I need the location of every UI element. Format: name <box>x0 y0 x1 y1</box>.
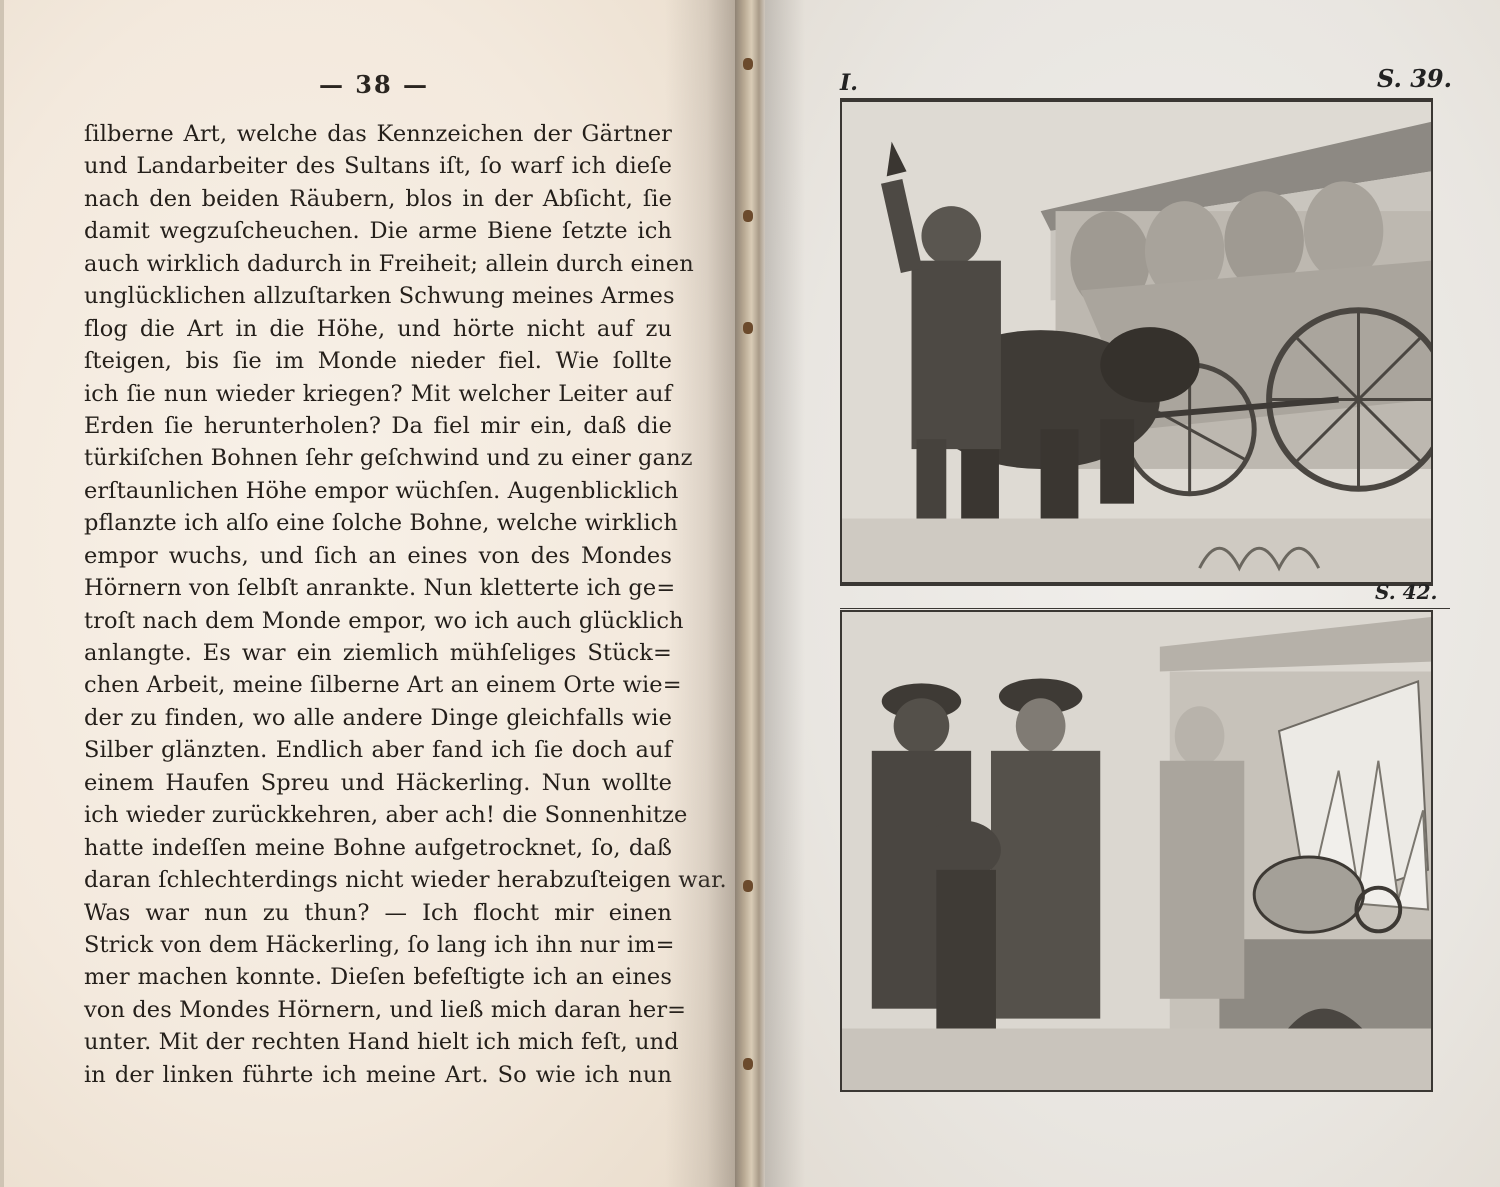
text-line: anlangte. Es war ein ziemlich mühſeliges… <box>84 637 672 669</box>
text-line: der zu finden, wo alle andere Dinge glei… <box>84 702 672 734</box>
text-line: Was war nun zu thun? — Ich flocht mir ei… <box>84 897 672 929</box>
text-line: erſtaunlichen Höhe empor wüchſen. Augenb… <box>84 475 672 507</box>
text-line: troſt nach dem Monde empor, wo ich auch … <box>84 605 672 637</box>
binding-stitch <box>743 880 753 892</box>
right-page: I. S. 39. <box>765 0 1500 1187</box>
body-text: ſilberne Art, welche das Kennzeichen der… <box>84 118 672 1091</box>
engraving-post-horn <box>842 612 1431 1090</box>
text-line: einem Haufen Spreu und Häckerling. Nun w… <box>84 767 672 799</box>
text-line: flog die Art in die Höhe, und hörte nich… <box>84 313 672 345</box>
text-line: und Landarbeiter des Sultans iſt, ſo war… <box>84 150 672 182</box>
text-line: in der linken führte ich meine Art. So w… <box>84 1059 672 1091</box>
text-line: von des Mondes Hörnern, und ließ mich da… <box>84 994 672 1026</box>
page-reference-annotation: S. 42. <box>1375 580 1437 604</box>
binding-stitch <box>743 210 753 222</box>
binding-stitch <box>743 1058 753 1070</box>
engraving-bear-cart <box>842 102 1431 582</box>
book-gutter <box>735 0 765 1187</box>
text-line: pflanzte ich alſo eine ſolche Bohne, wel… <box>84 507 672 539</box>
text-line: Silber glänzten. Endlich aber fand ich ſ… <box>84 734 672 766</box>
text-line: mer machen konnte. Dieſen befeſtigte ich… <box>84 961 672 993</box>
illustration-post-horn-hearth <box>840 610 1433 1092</box>
text-line: empor wuchs, und ſich an eines von des M… <box>84 540 672 572</box>
text-line: unglücklichen allzuſtarken Schwung meine… <box>84 280 672 312</box>
text-line: ſilberne Art, welche das Kennzeichen der… <box>84 118 672 150</box>
plate-rule <box>840 584 1433 586</box>
text-line: unter. Mit der rechten Hand hielt ich mi… <box>84 1026 672 1058</box>
text-line: ich wieder zurückkehren, aber ach! die S… <box>84 799 672 831</box>
text-line: chen Arbeit, meine ſilberne Art an einem… <box>84 669 672 701</box>
binding-stitch <box>743 322 753 334</box>
text-line: damit wegzuſcheuchen. Die arme Biene ſet… <box>84 215 672 247</box>
text-line: hatte indeſſen meine Bohne aufgetrocknet… <box>84 832 672 864</box>
left-page: — 38 — ſilberne Art, welche das Kennzeic… <box>0 0 735 1187</box>
text-line: daran ſchlechterdings nicht wieder herab… <box>84 864 672 896</box>
text-line: türkiſchen Bohnen ſehr geſchwind und zu … <box>84 442 672 474</box>
text-line: auch wirklich dadurch in Freiheit; allei… <box>84 248 672 280</box>
plate-rule <box>840 608 1450 609</box>
illustration-bear-cart <box>840 100 1433 584</box>
text-line: nach den beiden Räubern, blos in der Abſ… <box>84 183 672 215</box>
text-line: ich ſie nun wieder kriegen? Mit welcher … <box>84 378 672 410</box>
text-line: Hörnern von ſelbſt anrankte. Nun kletter… <box>84 572 672 604</box>
text-line: ſteigen, bis ſie im Monde nieder fiel. W… <box>84 345 672 377</box>
page-number: — 38 — <box>294 70 454 99</box>
binding-stitch <box>743 58 753 70</box>
text-line: Strick von dem Häckerling, ſo lang ich i… <box>84 929 672 961</box>
text-line: Erden ſie herunterholen? Da fiel mir ein… <box>84 410 672 442</box>
plate-number-annotation: I. <box>840 70 858 96</box>
page-reference-annotation: S. 39. <box>1377 64 1452 93</box>
book-spread: — 38 — ſilberne Art, welche das Kennzeic… <box>0 0 1500 1187</box>
